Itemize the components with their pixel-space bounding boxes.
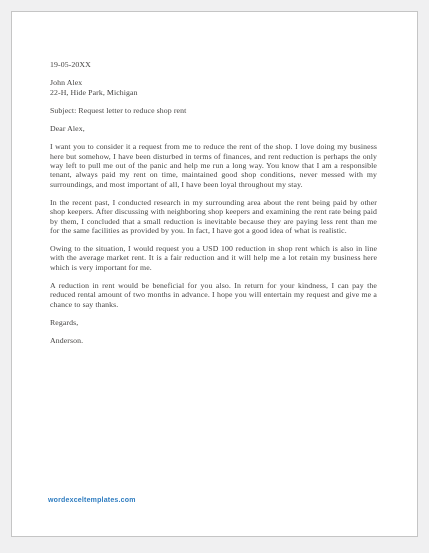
closing: Regards, — [50, 318, 377, 327]
salutation: Dear Alex, — [50, 124, 377, 133]
paragraph-1: I want you to consider it a request from… — [50, 142, 377, 188]
paragraph-4: A reduction in rent would be beneficial … — [50, 281, 377, 309]
paragraph-3: Owing to the situation, I would request … — [50, 244, 377, 272]
sender-block: John Alex22-H, Hide Park, Michigan — [50, 78, 377, 97]
sender-address: 22-H, Hide Park, Michigan — [50, 88, 377, 97]
letter-date: 19-05-20XX — [50, 60, 377, 69]
document-preview-canvas: 19-05-20XX John Alex22-H, Hide Park, Mic… — [0, 0, 429, 553]
signature: Anderson. — [50, 336, 377, 345]
paragraph-2: In the recent past, I conducted research… — [50, 198, 377, 235]
letter-page: 19-05-20XX John Alex22-H, Hide Park, Mic… — [11, 11, 418, 537]
watermark-link[interactable]: wordexceltemplates.com — [48, 496, 136, 505]
letter-body: 19-05-20XX John Alex22-H, Hide Park, Mic… — [50, 60, 377, 355]
subject-line: Subject: Request letter to reduce shop r… — [50, 106, 377, 115]
sender-name: John Alex — [50, 78, 377, 87]
